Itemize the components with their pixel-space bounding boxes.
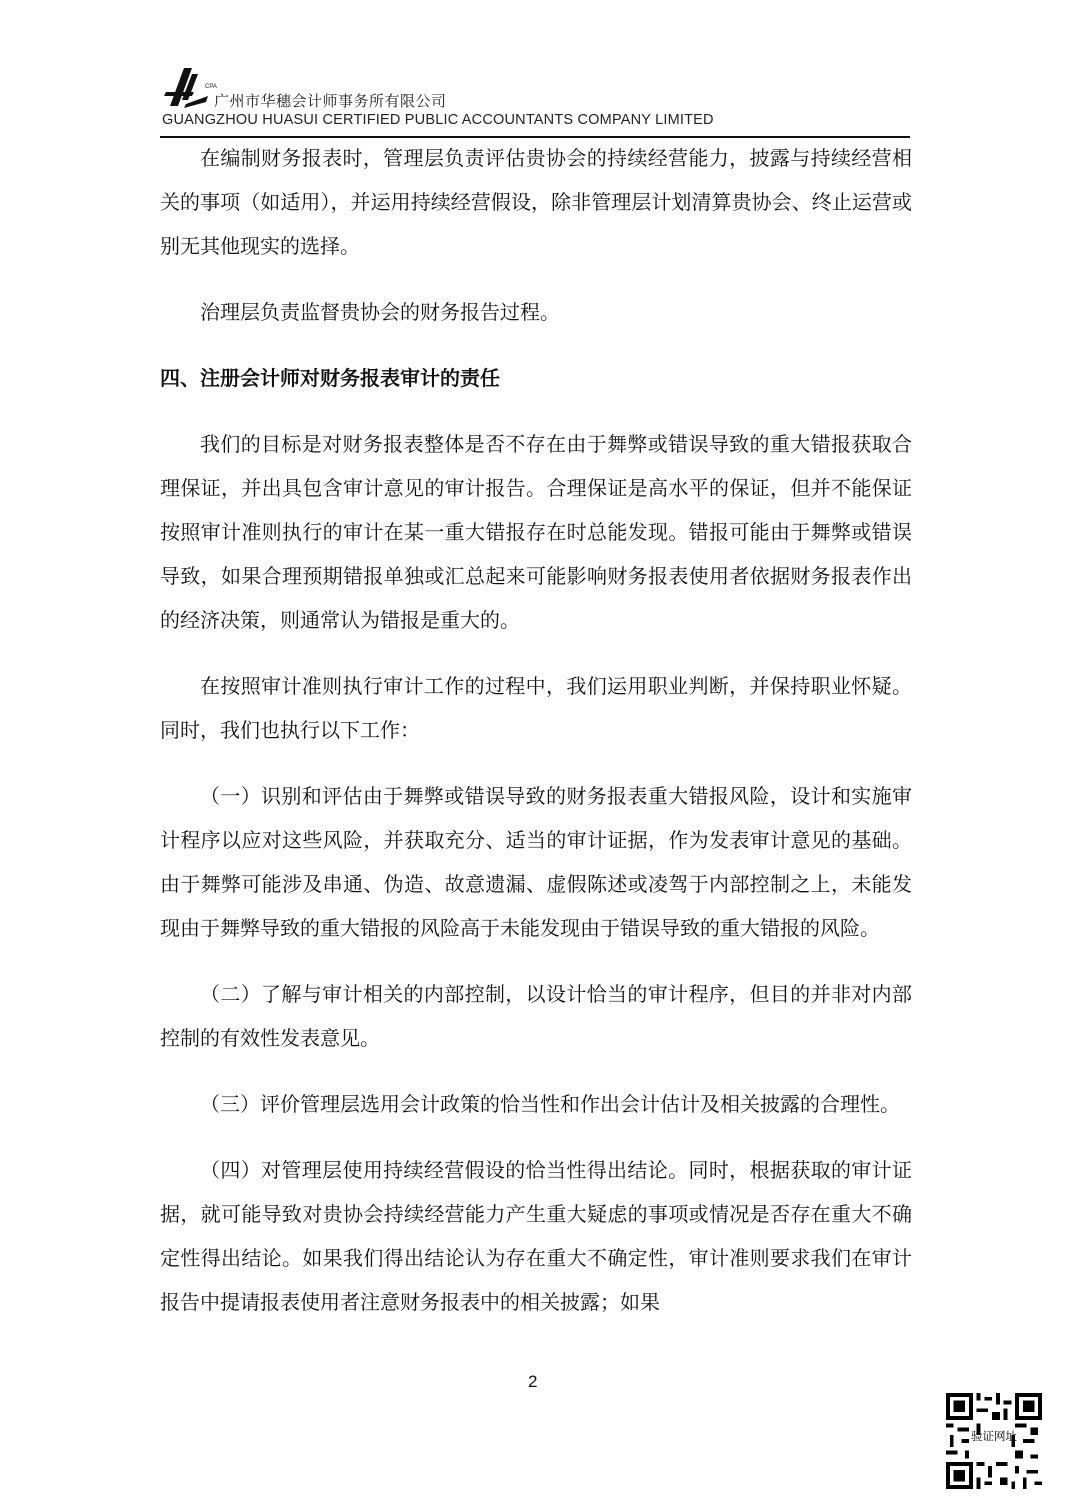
qr-caption: 验证网址 xyxy=(971,1429,1018,1443)
paragraph-objective: 我们的目标是对财务报表整体是否不存在由于舞弊或错误导致的重大错报获取合理保证，并… xyxy=(160,422,912,642)
qr-code-icon[interactable]: 验证网址 xyxy=(946,1393,1042,1489)
list-item-3: （三）评价管理层选用会计政策的恰当性和作出会计估计及相关披露的合理性。 xyxy=(160,1082,912,1126)
list-item-1: （一）识别和评估由于舞弊或错误导致的财务报表重大错报风险，设计和实施审计程序以应… xyxy=(160,774,912,950)
letterhead: CPA 广州市华穗会计师事务所有限公司 GUANGZHOU HUASUI CER… xyxy=(160,62,910,138)
paragraph-governance: 治理层负责监督贵协会的财务报告过程。 xyxy=(160,290,912,334)
section-heading: 四、注册会计师对财务报表审计的责任 xyxy=(160,356,912,400)
paragraph-judgment: 在按照审计准则执行审计工作的过程中，我们运用职业判断，并保持职业怀疑。同时，我们… xyxy=(160,664,912,752)
company-name-cn: 广州市华穗会计师事务所有限公司 xyxy=(214,90,447,111)
company-name-en: GUANGZHOU HUASUI CERTIFIED PUBLIC ACCOUN… xyxy=(162,112,714,128)
company-logo-icon xyxy=(164,66,210,110)
list-item-4: （四）对管理层使用持续经营假设的恰当性得出结论。同时，根据获取的审计证据，就可能… xyxy=(160,1148,912,1324)
list-item-2: （二）了解与审计相关的内部控制，以设计恰当的审计程序，但目的并非对内部控制的有效… xyxy=(160,972,912,1060)
paragraph-going-concern: 在编制财务报表时，管理层负责评估贵协会的持续经营能力，披露与持续经营相关的事项（… xyxy=(160,136,912,268)
page-number: 2 xyxy=(528,1372,537,1392)
document-body: 在编制财务报表时，管理层负责评估贵协会的持续经营能力，披露与持续经营相关的事项（… xyxy=(160,136,912,1324)
